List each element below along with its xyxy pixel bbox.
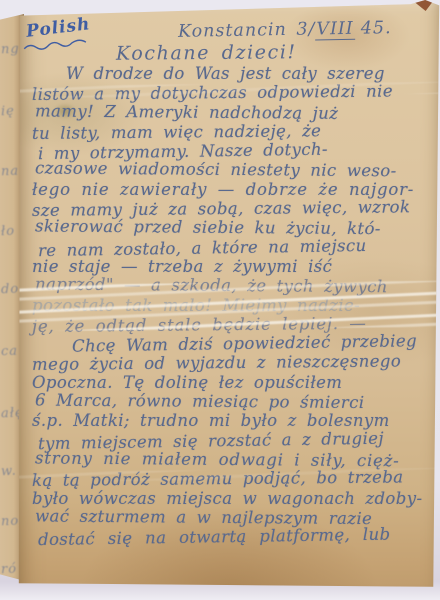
dateline-place-day: Konstancin 3/ [178,19,316,41]
body-line: nie staje — trzeba z żywymi iść [32,257,434,276]
bleed-text-fragment: do [1,282,20,298]
bleed-text-fragment: w. [1,464,17,480]
bleed-text-fragment: ng [1,42,20,58]
bleed-text-fragment: na [1,164,20,180]
body-line: 6 Marca, równo miesiąc po śmierci [35,390,434,412]
letter-page: Polish Konstancin 3/VIII45. Kochane dzie… [18,0,440,600]
body-line: łego nie zawierały — dobrze że najgor- [32,180,434,199]
body-line: mego życia od wyjazdu z nieszczęsnego [32,352,434,375]
body-line: W drodze do Was jest cały szereg [32,64,434,83]
body-line: Opoczna. Tę dolinę łez opuściłem [32,373,434,392]
dateline-month-underlined: VIII [315,19,355,41]
body-line: było wówczas miejsca w wagonach zdoby- [32,489,434,508]
paper-tear-mark [412,0,434,11]
bleed-text-fragment: ło [1,224,16,239]
bleed-text-fragment: ca [1,344,19,360]
body-line: ś.p. Matki; trudno mi było z bolesnym [32,411,434,430]
body-line: czasowe wiadomości niestety nic weso- [35,159,434,181]
paper-crease-fold [18,281,440,331]
salutation: Kochane dzieci! [116,41,297,65]
dateline-year: 45. [361,18,392,39]
dateline: Konstancin 3/VIII45. [178,18,392,42]
bleed-text-fragment: ię [1,104,15,119]
bleed-text-fragment: no [1,514,20,530]
bleed-text-fragment: ró [1,562,18,578]
body-line: dostać się na otwartą platformę, lub [38,524,434,550]
